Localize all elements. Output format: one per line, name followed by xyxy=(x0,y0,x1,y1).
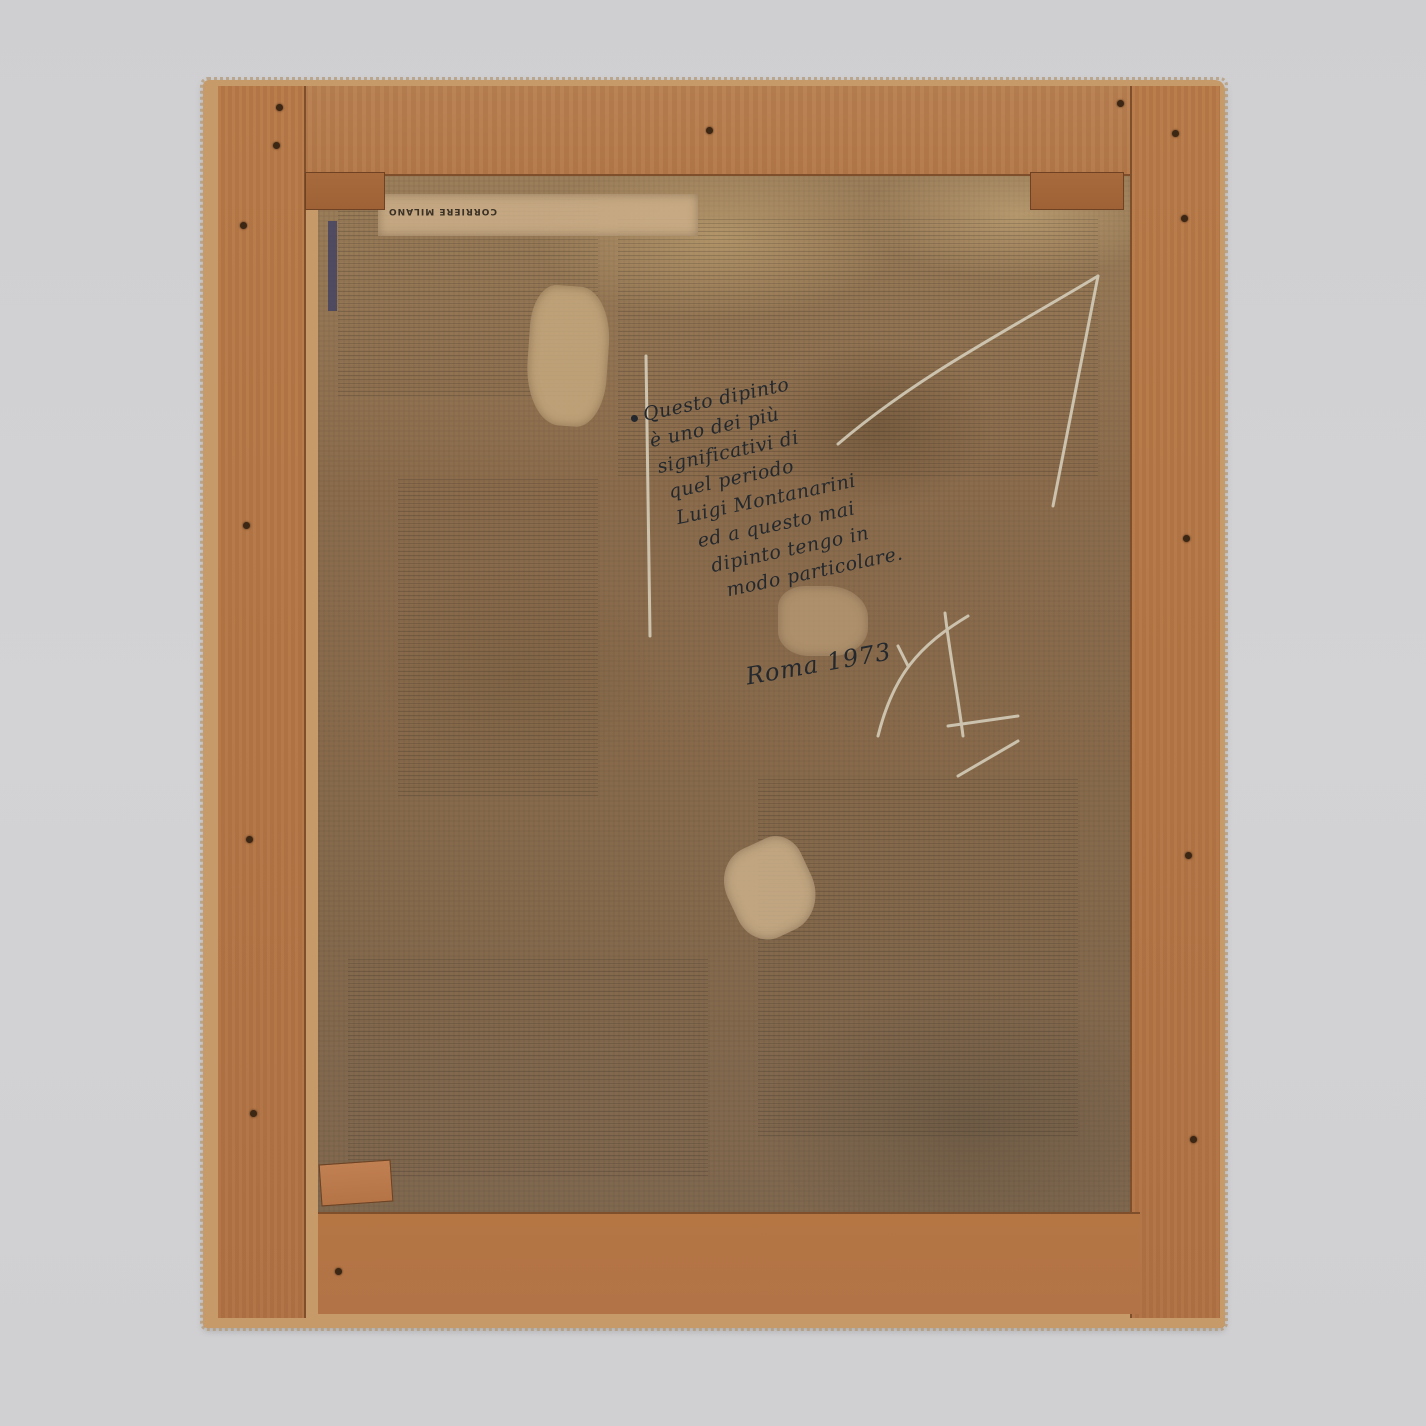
nail-hole xyxy=(243,522,250,529)
nail-hole xyxy=(246,836,253,843)
corner-key-bottom-left xyxy=(319,1160,394,1207)
photo-scene: CORRIERE MILANO xyxy=(0,0,1426,1426)
stretcher-bar-bottom xyxy=(318,1212,1140,1314)
corner-key-top-left xyxy=(305,172,385,210)
nail-hole xyxy=(1183,535,1190,542)
chalk-marks xyxy=(318,176,1130,1212)
nail-hole xyxy=(1117,100,1124,107)
nail-hole xyxy=(1181,215,1188,222)
nail-hole xyxy=(250,1110,257,1117)
nail-hole xyxy=(1185,852,1192,859)
canvas-back: CORRIERE MILANO xyxy=(318,176,1130,1212)
ink-dot xyxy=(630,414,638,422)
stretcher-bar-left xyxy=(218,86,306,1318)
nail-hole xyxy=(706,127,713,134)
nail-hole xyxy=(276,104,283,111)
nail-hole xyxy=(240,222,247,229)
nail-hole xyxy=(273,142,280,149)
stretcher-bar-top xyxy=(218,86,1218,176)
stretcher-bar-right xyxy=(1130,86,1220,1318)
nail-hole xyxy=(335,1268,342,1275)
nail-hole xyxy=(1190,1136,1197,1143)
nail-hole xyxy=(1172,130,1179,137)
corner-key-top-right xyxy=(1030,172,1124,210)
